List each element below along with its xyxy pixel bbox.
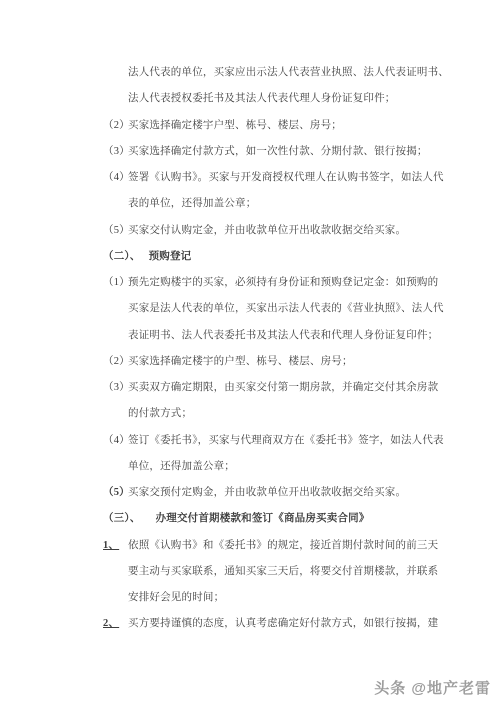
section-heading: （二）、预购登记 xyxy=(103,244,439,270)
section-title: 办理交付首期楼款和签订《商品房买卖合同》 xyxy=(156,513,370,524)
text-line: 表的单位，还得加盖公章； xyxy=(103,191,439,217)
text-line: 1、依照《认购书》和《委托书》的规定，接近首期付款时间的前三天 xyxy=(103,533,439,559)
text-line: 2、买方要持谨慎的态度，认真考虑确定好付款方式，如银行按揭，建 xyxy=(103,611,439,637)
section-title: 预购登记 xyxy=(149,251,192,262)
line-text: 买方要持谨慎的态度，认真考虑确定好付款方式，如银行按揭，建 xyxy=(128,618,438,629)
document-text-block: 法人代表的单位，买家应出示法人代表营业执照、法人代表证明书、 法人代表授权委托书… xyxy=(103,60,439,638)
text-line: （4）签订《委托书》，买家与代理商双方在《委托书》签字，如法人代表 xyxy=(103,428,439,454)
line-text: 买家交付认购定金，并由收款单位开出收款收据交给买家。 xyxy=(128,225,406,236)
list-number: 2、 xyxy=(103,611,128,637)
text-line: （3）买卖双方确定期限，由买家交付第一期房款，并确定交付其余房款 xyxy=(103,375,439,401)
text-line: 法人代表授权委托书及其法人代表代理人身份证复印件； xyxy=(103,86,439,112)
text-line: （1）预先定购楼宇的买家，必须持有身份证和预购登记定金：如预购的 xyxy=(103,270,439,296)
line-text: 法人代表的单位，买家应出示法人代表营业执照、法人代表证明书、 xyxy=(128,67,449,78)
text-line: （2）买家选择确定楼宇的户型、栋号、楼层、房号； xyxy=(103,349,439,375)
line-text: 买家选择确定楼宇户型、栋号、楼层、房号； xyxy=(128,120,342,131)
line-text: 买家选择确定付款方式，如一次性付款、分期付款、银行按揭； xyxy=(128,146,428,157)
line-text: 签订《委托书》，买家与代理商双方在《委托书》签字，如法人代表 xyxy=(128,435,444,446)
list-number: （3） xyxy=(103,375,128,401)
line-text: 要主动与买家联系，通知买家三天后，将要交付首期楼款，并联系 xyxy=(128,566,438,577)
text-line: 表证明书、法人代表委托书及其法人代表和代理人身份证复印件； xyxy=(103,323,439,349)
line-text: 单位，还得加盖公章； xyxy=(128,461,235,472)
text-line: （5）买家交预付定购金，并由收款单位开出收款收据交给买家。 xyxy=(103,480,439,506)
text-line: 要主动与买家联系，通知买家三天后，将要交付首期楼款，并联系 xyxy=(103,559,439,585)
line-text: 依照《认购书》和《委托书》的规定，接近首期付款时间的前三天 xyxy=(128,540,438,551)
list-number: （1） xyxy=(103,270,128,296)
line-text: 预先定购楼宇的买家，必须持有身份证和预购登记定金：如预购的 xyxy=(128,277,438,288)
line-text: 买卖双方确定期限，由买家交付第一期房款，并确定交付其余房款 xyxy=(128,382,438,393)
underlined-number: 2、 xyxy=(103,618,119,629)
line-text: 的付款方式； xyxy=(128,408,192,419)
section-number: （二）、 xyxy=(103,244,141,270)
line-text: 买家选择确定楼宇的户型、栋号、楼层、房号； xyxy=(128,356,353,367)
line-text: 安排好会见的时间； xyxy=(128,592,224,603)
text-line: （5）买家交付认购定金，并由收款单位开出收款收据交给买家。 xyxy=(103,218,439,244)
text-line: （2）买家选择确定楼宇户型、栋号、楼层、房号； xyxy=(103,113,439,139)
text-line: 单位，还得加盖公章； xyxy=(103,454,439,480)
line-text: 表的单位，还得加盖公章； xyxy=(128,198,256,209)
text-line: （3）买家选择确定付款方式，如一次性付款、分期付款、银行按揭； xyxy=(103,139,439,165)
list-number: （4） xyxy=(103,428,128,454)
text-line: 法人代表的单位，买家应出示法人代表营业执照、法人代表证明书、 xyxy=(103,60,439,86)
underlined-number: 1、 xyxy=(103,540,119,551)
line-text: 表证明书、法人代表委托书及其法人代表和代理人身份证复印件； xyxy=(128,330,438,341)
text-line: （4）签署《认购书》。买家与开发商授权代理人在认购书签字，如法人代 xyxy=(103,165,439,191)
line-text: 买家交预付定购金，并由收款单位开出收款收据交给买家。 xyxy=(128,487,406,498)
line-text: 买家是法人代表的单位，买家出示法人代表的《营业执照》、法人代 xyxy=(128,303,444,314)
text-line: 的付款方式； xyxy=(103,401,439,427)
list-number: （2） xyxy=(103,349,128,375)
section-number: （三）、 xyxy=(103,506,141,532)
list-number: （4） xyxy=(103,165,128,191)
line-text: 签署《认购书》。买家与开发商授权代理人在认购书签字，如法人代 xyxy=(128,172,444,183)
section-heading: （三）、办理交付首期楼款和签订《商品房买卖合同》 xyxy=(103,506,439,532)
list-number: （3） xyxy=(103,139,128,165)
line-text: 法人代表授权委托书及其法人代表代理人身份证复印件； xyxy=(128,93,396,104)
document-page: 法人代表的单位，买家应出示法人代表营业执照、法人代表证明书、 法人代表授权委托书… xyxy=(0,0,500,707)
list-number: 1、 xyxy=(103,533,128,559)
list-number: （2） xyxy=(103,113,128,139)
text-line: 买家是法人代表的单位，买家出示法人代表的《营业执照》、法人代 xyxy=(103,296,439,322)
toutiao-watermark: 头条 @地产老雷 xyxy=(374,677,491,698)
list-number: （5） xyxy=(103,218,128,244)
list-number: （5） xyxy=(103,480,128,506)
text-line: 安排好会见的时间； xyxy=(103,585,439,611)
